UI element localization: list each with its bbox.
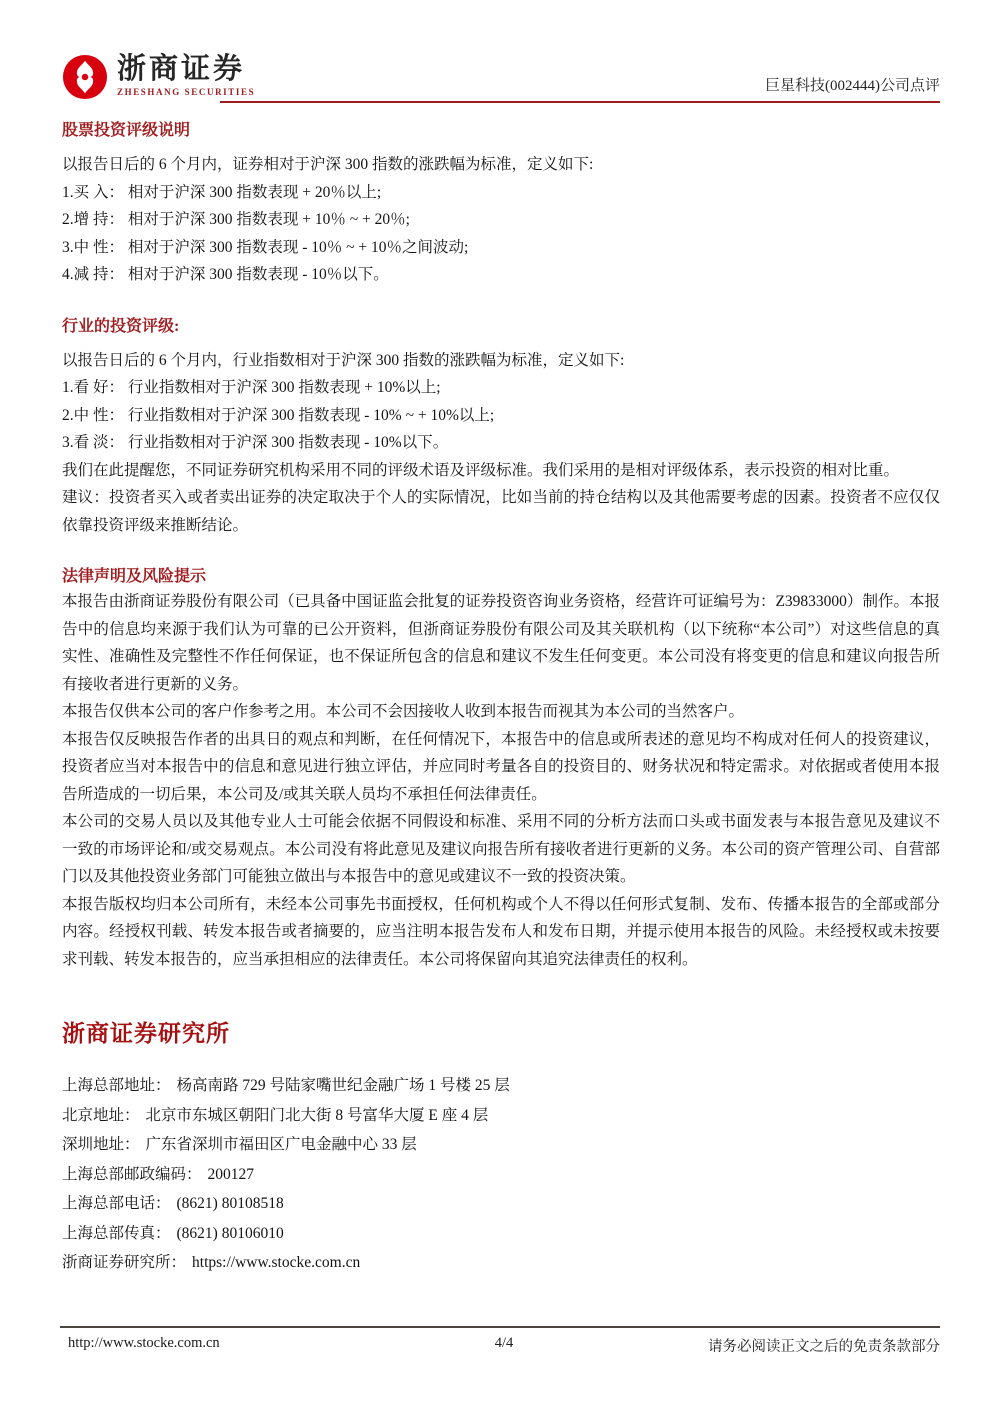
brand-text: 浙商证券 ZHESHANG SECURITIES	[117, 54, 255, 97]
page-number: 4/4	[359, 1335, 650, 1352]
legal-paragraph: 本报告由浙商证券股份有限公司（已具备中国证监会批复的证券投资咨询业务资格，经营许…	[62, 588, 940, 698]
contact-line-shenzhen-address: 深圳地址：广东省深圳市福田区广电金融中心 33 层	[62, 1130, 940, 1160]
contact-value: (8621) 80108518	[177, 1195, 284, 1212]
research-website-link[interactable]: https://www.stocke.com.cn	[192, 1254, 360, 1271]
contact-value: (8621) 80106010	[177, 1225, 284, 1242]
page-header: 浙商证券 ZHESHANG SECURITIES 巨星科技(002444)公司点…	[62, 54, 940, 104]
brand-name-en: ZHESHANG SECURITIES	[117, 87, 255, 97]
contact-line-postcode: 上海总部邮政编码：200127	[62, 1160, 940, 1190]
stock-rating-intro: 以报告日后的 6 个月内，证券相对于沪深 300 指数的涨跌幅为标准，定义如下:	[62, 151, 940, 179]
contact-value: 北京市东城区朝阳门北大街 8 号富华大厦 E 座 4 层	[146, 1107, 489, 1124]
contact-line-website: 浙商证券研究所：https://www.stocke.com.cn	[62, 1248, 940, 1278]
contact-line-beijing-address: 北京地址：北京市东城区朝阳门北大街 8 号富华大厦 E 座 4 层	[62, 1101, 940, 1131]
report-label: 巨星科技(002444)公司点评	[765, 74, 940, 95]
contact-line-fax: 上海总部传真：(8621) 80106010	[62, 1219, 940, 1249]
stock-rating-item: 1.买 入： 相对于沪深 300 指数表现 + 20％以上;	[62, 179, 940, 207]
stock-rating-title: 股票投资评级说明	[62, 120, 940, 142]
contact-label: 上海总部邮政编码：	[62, 1166, 202, 1183]
report-page: 浙商证券 ZHESHANG SECURITIES 巨星科技(002444)公司点…	[0, 0, 1000, 1414]
contact-label: 深圳地址：	[62, 1136, 140, 1153]
contact-value: 200127	[208, 1166, 255, 1183]
research-institute-title: 浙商证券研究所	[62, 1019, 940, 1049]
brand-name-cn: 浙商证券	[117, 54, 255, 84]
contact-value: 杨高南路 729 号陆家嘴世纪金融广场 1 号楼 25 层	[177, 1077, 510, 1094]
industry-rating-title: 行业的投资评级:	[62, 316, 940, 338]
contact-value: 广东省深圳市福田区广电金融中心 33 层	[146, 1136, 417, 1153]
industry-rating-intro: 以报告日后的 6 个月内，行业指数相对于沪深 300 指数的涨跌幅为标准，定义如…	[62, 347, 940, 375]
industry-rating-item: 2.中 性： 行业指数相对于沪深 300 指数表现 - 10% ~ + 10%以…	[62, 402, 940, 430]
stock-rating-item: 3.中 性： 相对于沪深 300 指数表现 - 10％ ~ + 10％之间波动;	[62, 234, 940, 262]
header-rule	[220, 101, 940, 103]
contact-list: 上海总部地址：杨高南路 729 号陆家嘴世纪金融广场 1 号楼 25 层 北京地…	[62, 1071, 940, 1278]
legal-paragraph: 本公司的交易人员以及其他专业人士可能会依据不同假设和标准、采用不同的分析方法而口…	[62, 808, 940, 891]
contact-label: 上海总部地址：	[62, 1077, 171, 1094]
contact-label: 北京地址：	[62, 1107, 140, 1124]
stock-rating-item: 2.增 持： 相对于沪深 300 指数表现 + 10％ ~ + 20％;	[62, 206, 940, 234]
rating-note: 我们在此提醒您，不同证券研究机构采用不同的评级术语及评级标准。我们采用的是相对评…	[62, 457, 940, 485]
industry-rating-item: 3.看 淡： 行业指数相对于沪深 300 指数表现 - 10%以下。	[62, 429, 940, 457]
legal-paragraph: 本报告仅反映报告作者的出具日的观点和判断，在任何情况下，本报告中的信息或所表述的…	[62, 726, 940, 809]
legal-title: 法律声明及风险提示	[62, 566, 940, 588]
industry-rating-item: 1.看 好： 行业指数相对于沪深 300 指数表现 + 10%以上;	[62, 374, 940, 402]
zheshang-seal-icon	[62, 54, 108, 100]
contact-line-shanghai-address: 上海总部地址：杨高南路 729 号陆家嘴世纪金融广场 1 号楼 25 层	[62, 1071, 940, 1101]
contact-label: 上海总部传真：	[62, 1225, 171, 1242]
contact-line-phone: 上海总部电话：(8621) 80108518	[62, 1189, 940, 1219]
rating-note: 建议：投资者买入或者卖出证券的决定取决于个人的实际情况，比如当前的持仓结构以及其…	[62, 484, 940, 539]
stock-rating-item: 4.减 持： 相对于沪深 300 指数表现 - 10％以下。	[62, 261, 940, 289]
research-institute-section: 浙商证券研究所 上海总部地址：杨高南路 729 号陆家嘴世纪金融广场 1 号楼 …	[62, 1019, 940, 1278]
legal-paragraph: 本报告仅供本公司的客户作参考之用。本公司不会因接收人收到本报告而视其为本公司的当…	[62, 698, 940, 726]
footer-disclaimer: 请务必阅读正文之后的免责条款部分	[649, 1335, 940, 1356]
contact-label: 上海总部电话：	[62, 1195, 171, 1212]
footer-url-link[interactable]: http://www.stocke.com.cn	[68, 1335, 220, 1351]
page-footer: http://www.stocke.com.cn 4/4 请务必阅读正文之后的免…	[60, 1326, 940, 1356]
contact-label: 浙商证券研究所：	[62, 1254, 186, 1271]
legal-paragraph: 本报告版权均归本公司所有，未经本公司事先书面授权，任何机构或个人不得以任何形式复…	[62, 891, 940, 974]
